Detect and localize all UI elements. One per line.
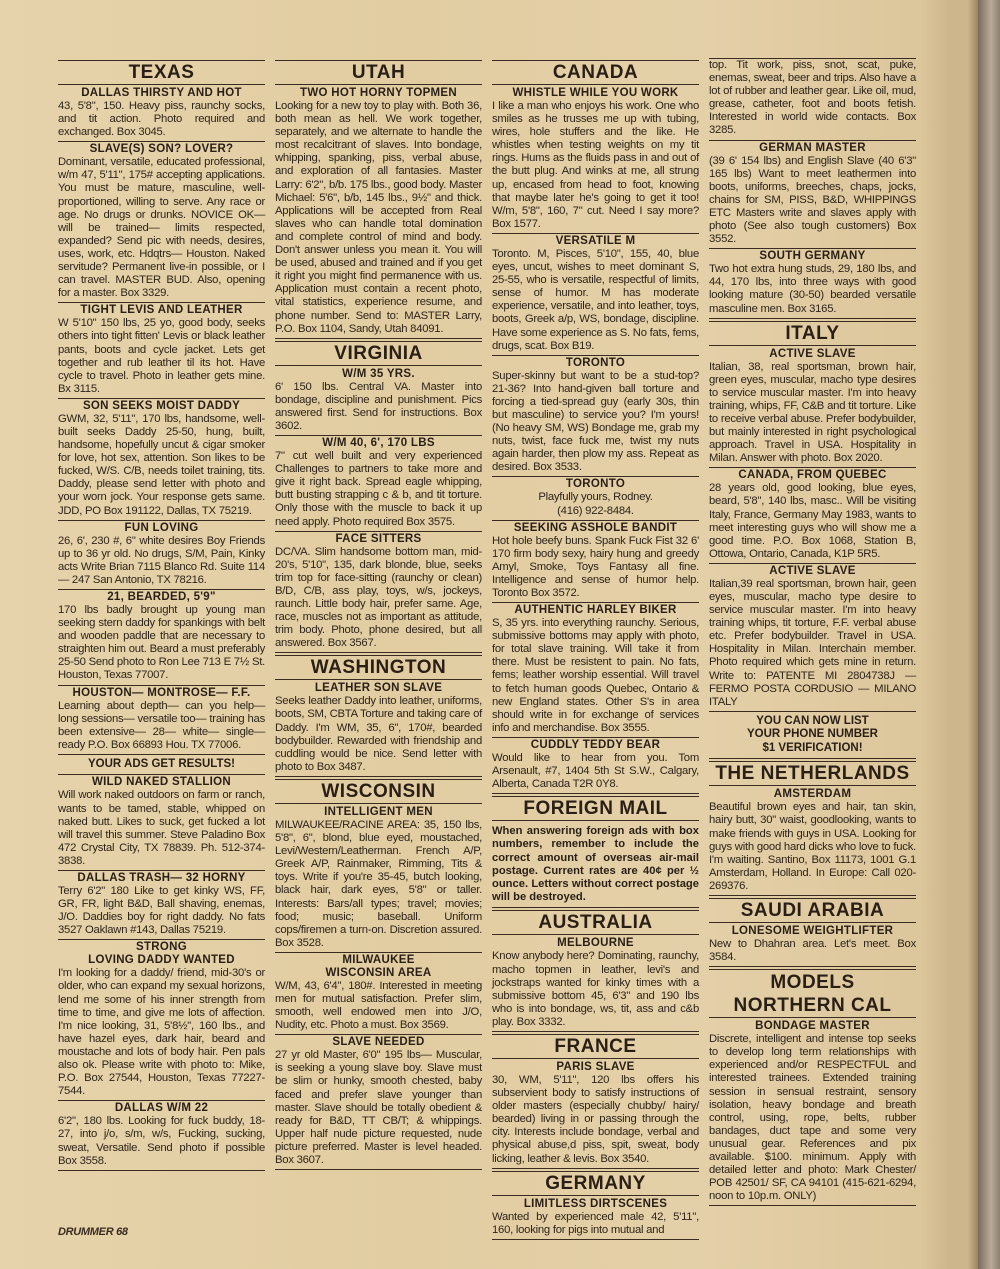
- ad-body: Super-skinny but want to be a stud-top? …: [492, 370, 699, 475]
- ad-title: TIGHT LEVIS AND LEATHER: [58, 304, 265, 317]
- ad-body: 43, 5'8", 150. Heavy piss, raunchy socks…: [58, 100, 265, 139]
- ad-title: AMSTERDAM: [709, 788, 916, 801]
- section-heading: THE NETHERLANDS: [709, 761, 916, 786]
- ad-title: TORONTO: [492, 357, 699, 370]
- classified-ad: GERMAN MASTER(39 6' 154 lbs) and English…: [709, 141, 916, 250]
- ad-body: 7" cut well built and very experienced C…: [275, 450, 482, 529]
- ad-title: MILWAUKEE WISCONSIN AREA: [275, 954, 482, 980]
- ad-body: Wanted by experienced male 42, 5'11", 16…: [492, 1211, 699, 1237]
- ad-body: Terry 6'2" 180 Like to get kinky WS, FF,…: [58, 885, 265, 937]
- ad-body: W 5'10" 150 lbs, 25 yo, good body, seeks…: [58, 317, 265, 396]
- ad-body: Dominant, versatile, educated profession…: [58, 156, 265, 300]
- ad-title: CANADA, FROM QUEBEC: [709, 469, 916, 482]
- ad-body: 30, WM, 5'11", 120 lbs offers his subser…: [492, 1074, 699, 1166]
- ad-title: SEEKING ASSHOLE BANDIT: [492, 522, 699, 535]
- section-heading: WISCONSIN: [275, 779, 482, 804]
- ad-title: ACTIVE SLAVE: [709, 565, 916, 578]
- section-heading: GERMANY: [492, 1171, 699, 1196]
- ad-title: W/M 35 YRS.: [275, 368, 482, 381]
- page-gutter-shadow: [968, 0, 978, 1269]
- classified-ad: PARIS SLAVE30, WM, 5'11", 120 lbs offers…: [492, 1060, 699, 1169]
- ad-title: W/M 40, 6', 170 LBS: [275, 437, 482, 450]
- column-1: TEXASDALLAS THIRSTY AND HOT43, 5'8", 150…: [58, 58, 265, 1208]
- classified-ad: MILWAUKEE WISCONSIN AREAW/M, 43, 6'4", 1…: [275, 953, 482, 1035]
- ad-title: WHISTLE WHILE YOU WORK: [492, 87, 699, 100]
- ad-body: I like a man who enjoys his work. One wh…: [492, 100, 699, 231]
- ad-title: DALLAS W/M 22: [58, 1102, 265, 1115]
- ad-body: MILWAUKEE/RACINE AREA: 35, 150 lbs, 5'8"…: [275, 819, 482, 950]
- classified-ad: DALLAS THIRSTY AND HOT43, 5'8", 150. Hea…: [58, 86, 265, 142]
- column-2: UTAHTWO HOT HORNY TOPMENLooking for a ne…: [275, 58, 482, 1208]
- ad-body: (39 6' 154 lbs) and English Slave (40 6'…: [709, 155, 916, 247]
- classified-ad: LEATHER SON SLAVESeeks leather Daddy int…: [275, 681, 482, 777]
- adjacent-page-edge: [978, 0, 1000, 1269]
- classified-ad: SOUTH GERMANYTwo hot extra hung studs, 2…: [709, 249, 916, 318]
- ad-title: CUDDLY TEDDY BEAR: [492, 739, 699, 752]
- classified-ad: FUN LOVING26, 6', 230 #, 6" white desire…: [58, 521, 265, 590]
- ad-title: ACTIVE SLAVE: [709, 348, 916, 361]
- classified-ad: STRONG LOVING DADDY WANTEDI'm looking fo…: [58, 940, 265, 1101]
- ad-body: Toronto. M, Pisces, 5'10", 155, 40, blue…: [492, 248, 699, 353]
- classified-ad: SEEKING ASSHOLE BANDITHot hole beefy bun…: [492, 521, 699, 603]
- classified-ad: AMSTERDAMBeautiful brown eyes and hair, …: [709, 787, 916, 896]
- classified-ad: INTELLIGENT MENMILWAUKEE/RACINE AREA: 35…: [275, 805, 482, 953]
- ad-title: SOUTH GERMANY: [709, 250, 916, 263]
- ad-body: DC/VA. Slim handsome bottom man, mid-20'…: [275, 546, 482, 651]
- ad-title: WILD NAKED STALLION: [58, 776, 265, 789]
- ad-title: SLAVE NEEDED: [275, 1036, 482, 1049]
- classifieds-page: TEXASDALLAS THIRSTY AND HOT43, 5'8", 150…: [58, 58, 918, 1208]
- ad-title: SON SEEKS MOIST DADDY: [58, 400, 265, 413]
- section-heading: TEXAS: [58, 60, 265, 85]
- classified-ad: LONESOME WEIGHTLIFTERNew to Dhahran area…: [709, 924, 916, 967]
- ad-body: Beautiful brown eyes and hair, tan skin,…: [709, 801, 916, 893]
- ad-body: Would like to hear from you. Tom Arsenau…: [492, 752, 699, 791]
- ad-body: I'm looking for a daddy/ friend, mid-30'…: [58, 967, 265, 1098]
- column-4: top. Tit work, piss, snot, scat, puke, e…: [709, 58, 916, 1208]
- ad-body: Hot hole beefy buns. Spank Fuck Fist 32 …: [492, 535, 699, 600]
- ad-title: LEATHER SON SLAVE: [275, 682, 482, 695]
- ad-body: S, 35 yrs. into everything raunchy. Seri…: [492, 617, 699, 735]
- section-heading: UTAH: [275, 60, 482, 85]
- ad-title: DALLAS TRASH— 32 HORNY: [58, 872, 265, 885]
- ad-title: MELBOURNE: [492, 937, 699, 950]
- classified-ad: ACTIVE SLAVEItalian, 38, real sportsman,…: [709, 347, 916, 469]
- section-heading: WASHINGTON: [275, 655, 482, 680]
- foreign-mail-notice: When answering foreign ads with box numb…: [492, 822, 699, 908]
- classified-ad: 21, BEARDED, 5'9"170 lbs badly brought u…: [58, 590, 265, 686]
- classified-ad: WILD NAKED STALLIONWill work naked outdo…: [58, 775, 265, 871]
- ad-title: LONESOME WEIGHTLIFTER: [709, 925, 916, 938]
- ad-title: 21, BEARDED, 5'9": [58, 591, 265, 604]
- ad-body: Looking for a new toy to play with. Both…: [275, 100, 482, 336]
- ad-body: Seeks leather Daddy into leather, unifor…: [275, 695, 482, 774]
- column-3: CANADAWHISTLE WHILE YOU WORKI like a man…: [492, 58, 699, 1208]
- section-heading: FRANCE: [492, 1034, 699, 1059]
- classified-ad: TWO HOT HORNY TOPMENLooking for a new to…: [275, 86, 482, 339]
- section-heading: ITALY: [709, 321, 916, 346]
- classified-ad: ACTIVE SLAVEItalian,39 real sportsman, b…: [709, 564, 916, 712]
- classified-ad: CUDDLY TEDDY BEARWould like to hear from…: [492, 738, 699, 794]
- classified-ad: TIGHT LEVIS AND LEATHERW 5'10" 150 lbs, …: [58, 303, 265, 399]
- ad-body: 6'2", 180 lbs. Looking for fuck buddy, 1…: [58, 1115, 265, 1167]
- section-heading: SAUDI ARABIA: [709, 898, 916, 923]
- classified-ad: SLAVE NEEDED27 yr old Master, 6'0" 195 l…: [275, 1035, 482, 1170]
- ad-title: TORONTO: [492, 478, 699, 491]
- ad-title: GERMAN MASTER: [709, 142, 916, 155]
- classified-ad: TORONTOSuper-skinny but want to be a stu…: [492, 356, 699, 478]
- section-heading: AUSTRALIA: [492, 910, 699, 935]
- classified-ad: W/M 35 YRS.6' 150 lbs. Central VA. Maste…: [275, 367, 482, 436]
- ad-body: Learning about depth— can you help— long…: [58, 700, 265, 752]
- page-footer: DRUMMER 68: [58, 1226, 128, 1238]
- classified-ad: DALLAS TRASH— 32 HORNYTerry 6'2" 180 Lik…: [58, 871, 265, 940]
- ad-body: New to Dhahran area. Let's meet. Box 358…: [709, 938, 916, 964]
- ad-body: 27 yr old Master, 6'0" 195 lbs— Muscular…: [275, 1049, 482, 1167]
- ad-continuation: top. Tit work, piss, snot, scat, puke, e…: [709, 58, 916, 141]
- classified-ad: HOUSTON— MONTROSE— F.F.Learning about de…: [58, 686, 265, 755]
- classified-ad: AUTHENTIC HARLEY BIKERS, 35 yrs. into ev…: [492, 603, 699, 738]
- promo-banner: YOU CAN NOW LIST YOUR PHONE NUMBER $1 VE…: [709, 712, 916, 760]
- classified-ad: CANADA, FROM QUEBEC28 years old, good lo…: [709, 468, 916, 564]
- ad-body: 26, 6', 230 #, 6" white desires Boy Frie…: [58, 535, 265, 587]
- section-heading: VIRGINIA: [275, 341, 482, 366]
- classified-ad: WHISTLE WHILE YOU WORKI like a man who e…: [492, 86, 699, 234]
- ad-title: INTELLIGENT MEN: [275, 806, 482, 819]
- ad-body: Will work naked outdoors on farm or ranc…: [58, 789, 265, 868]
- section-heading: MODELS NORTHERN CAL: [709, 969, 916, 1018]
- ad-title: PARIS SLAVE: [492, 1061, 699, 1074]
- ad-body: 28 years old, good looking, blue eyes, b…: [709, 482, 916, 561]
- section-heading: CANADA: [492, 60, 699, 85]
- ad-title: LIMITLESS DIRTSCENES: [492, 1198, 699, 1211]
- ad-title: BONDAGE MASTER: [709, 1020, 916, 1033]
- section-heading: FOREIGN MAIL: [492, 796, 699, 821]
- ad-body: 6' 150 lbs. Central VA. Master into bond…: [275, 381, 482, 433]
- ad-body: Know anybody here? Dominating, raunchy, …: [492, 950, 699, 1029]
- ad-title: DALLAS THIRSTY AND HOT: [58, 87, 265, 100]
- classified-ad: MELBOURNEKnow anybody here? Dominating, …: [492, 936, 699, 1032]
- ad-body: Italian,39 real sportsman, brown hair, g…: [709, 578, 916, 709]
- classified-ad: DALLAS W/M 226'2", 180 lbs. Looking for …: [58, 1101, 265, 1170]
- ad-title: FUN LOVING: [58, 522, 265, 535]
- classified-ad: VERSATILE MToronto. M, Pisces, 5'10", 15…: [492, 234, 699, 356]
- ad-title: FACE SITTERS: [275, 533, 482, 546]
- promo-banner: YOUR ADS GET RESULTS!: [58, 755, 265, 776]
- classified-ad: W/M 40, 6', 170 LBS7" cut well built and…: [275, 436, 482, 532]
- classified-ad: SLAVE(S) SON? LOVER?Dominant, versatile,…: [58, 142, 265, 303]
- ad-title: AUTHENTIC HARLEY BIKER: [492, 604, 699, 617]
- ad-body: Two hot extra hung studs, 29, 180 lbs, a…: [709, 263, 916, 315]
- ad-title: HOUSTON— MONTROSE— F.F.: [58, 687, 265, 700]
- classified-ad: LIMITLESS DIRTSCENESWanted by experience…: [492, 1197, 699, 1240]
- ad-title: SLAVE(S) SON? LOVER?: [58, 143, 265, 156]
- ad-title: VERSATILE M: [492, 235, 699, 248]
- ad-body: GWM, 32, 5'11", 170 lbs, handsome, well-…: [58, 413, 265, 518]
- ad-body: Italian, 38, real sportsman, brown hair,…: [709, 361, 916, 466]
- ad-body: W/M, 43, 6'4", 180#. Interested in meeti…: [275, 980, 482, 1032]
- classified-ad: FACE SITTERSDC/VA. Slim handsome bottom …: [275, 532, 482, 654]
- ad-body: Discrete, intelligent and intense top se…: [709, 1033, 916, 1203]
- ad-body: 170 lbs badly brought up young man seeki…: [58, 604, 265, 683]
- ad-title: TWO HOT HORNY TOPMEN: [275, 87, 482, 100]
- classified-ad: BONDAGE MASTERDiscrete, intelligent and …: [709, 1019, 916, 1206]
- ad-body: Playfully yours, Rodney. (416) 922-8484.: [492, 491, 699, 517]
- classified-ad: TORONTOPlayfully yours, Rodney. (416) 92…: [492, 477, 699, 520]
- classified-ad: SON SEEKS MOIST DADDYGWM, 32, 5'11", 170…: [58, 399, 265, 521]
- ad-title: STRONG LOVING DADDY WANTED: [58, 941, 265, 967]
